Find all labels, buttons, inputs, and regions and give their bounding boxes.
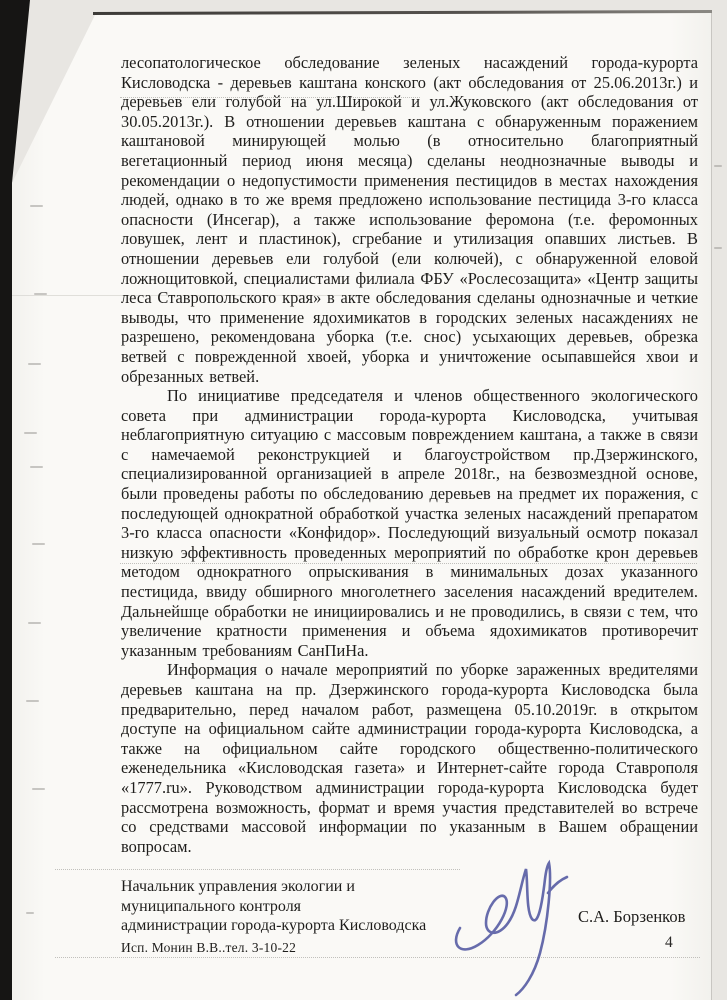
paragraph-3: Информация о начале мероприятий по уборк… [121,660,698,856]
handwritten-signature [448,853,576,998]
scan-artifact [28,363,41,365]
scan-artifact [714,165,722,167]
scan-artifact [26,912,34,914]
scan-artifact [28,622,41,624]
scan-artifact [714,247,722,249]
paragraph-2: По инициативе председателя и членов обще… [121,386,698,660]
scan-artifact [55,869,460,870]
paper-right-edge [711,13,712,1000]
letter-body: лесопатологическое обследование зеленых … [121,53,698,856]
signature-ink-icon [448,853,576,998]
signer-name: С.А. Борзенков [578,907,685,927]
scan-artifact [26,700,39,702]
scan-artifact [32,543,45,545]
scan-artifact [30,466,43,468]
scan-artifact [55,957,700,958]
scan-artifact [34,293,47,295]
scan-artifact [32,788,45,790]
scan-artifact [30,205,43,207]
scanned-letter-page: лесопатологическое обследование зеленых … [0,0,727,1000]
scan-artifact [24,432,37,434]
page-number: 4 [665,934,673,952]
paragraph-1: лесопатологическое обследование зеленых … [121,53,698,386]
